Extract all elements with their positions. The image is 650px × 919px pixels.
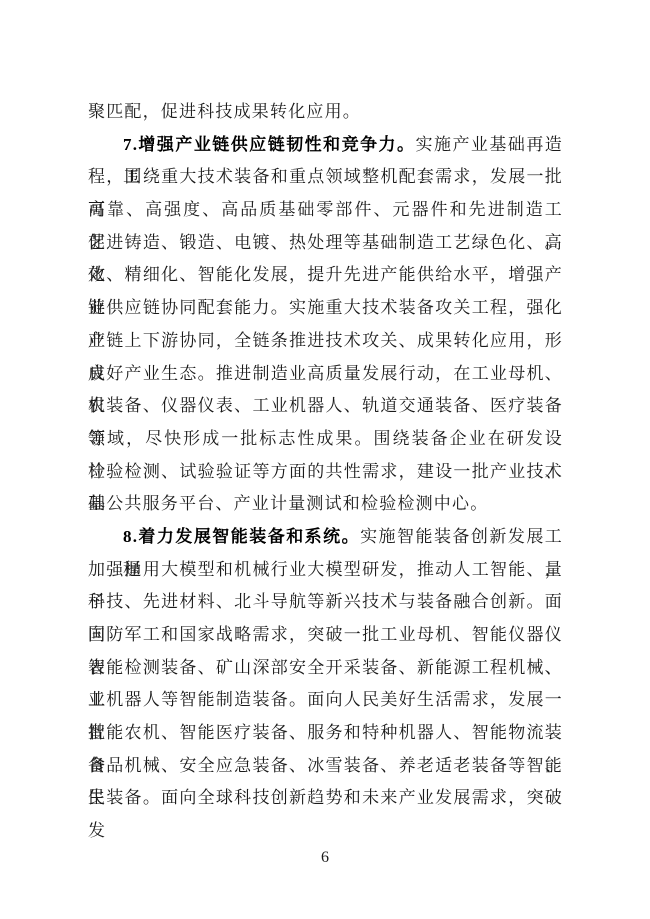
text-line: 业机器人等智能制造装备。面向人民美好生活需求，发展一批 (88, 684, 563, 717)
text-line: 可靠、高强度、高品质基础零部件、元器件和先进制造工艺。 (88, 194, 563, 227)
paragraph-heading-line: 7.增强产业链供应链韧性和竞争力。实施产业基础再造工 (88, 129, 563, 162)
text-line: 链供应链协同配套能力。实施重大技术装备攻关工程，强化产 (88, 292, 563, 325)
document-page: 聚匹配，促进科技成果转化应用。 7.增强产业链供应链韧性和竞争力。实施产业基础再… (0, 0, 650, 919)
text-line: 础公共服务平台、产业计量测试和检验检测中心。 (88, 488, 563, 521)
paragraph-heading-line: 8.着力发展智能装备和系统。实施智能装备创新发展工程， (88, 521, 563, 554)
text-line: 领域，尽快形成一批标志性成果。围绕装备企业在研发设计、 (88, 423, 563, 456)
text-line: 聚匹配，促进科技成果转化应用。 (88, 96, 563, 129)
text-line: 程，围绕重大技术装备和重点领域整机配套需求，发展一批高 (88, 161, 563, 194)
text-line: 智能农机、智能医疗装备、服务和特种机器人、智能物流装备、 (88, 717, 563, 750)
text-line: 食品机械、安全应急装备、冰雪装备、养老适老装备等智能民 (88, 750, 563, 783)
text-line: 业链上下游协同，全链条推进技术攻关、成果转化应用，形成 (88, 325, 563, 358)
text-line: 科技、先进材料、北斗导航等新兴技术与装备融合创新。面向 (88, 586, 563, 619)
page-number: 6 (0, 846, 650, 870)
section-heading-7: 7.增强产业链供应链韧性和竞争力。 (123, 135, 416, 154)
text-line: 良好产业生态。推进制造业高质量发展行动，在工业母机、农 (88, 358, 563, 391)
section-heading-8: 8.着力发展智能装备和系统。 (123, 527, 360, 546)
text-line: 智能检测装备、矿山深部安全开采装备、新能源工程机械、工 (88, 652, 563, 685)
text-line: 机装备、仪器仪表、工业机器人、轨道交通装备、医疗装备等 (88, 390, 563, 423)
text-line: 化、精细化、智能化发展，提升先进产能供给水平，增强产业 (88, 259, 563, 292)
text-line: 加强通用大模型和机械行业大模型研发，推动人工智能、量子 (88, 554, 563, 587)
text-line: 检验检测、试验验证等方面的共性需求，建设一批产业技术基 (88, 456, 563, 489)
text-line: 生装备。面向全球科技创新趋势和未来产业发展需求，突破发 (88, 782, 563, 815)
text-line: 促进铸造、锻造、电镀、热处理等基础制造工艺绿色化、高效 (88, 227, 563, 260)
text-line: 国防军工和国家战略需求，突破一批工业母机、智能仪器仪表、 (88, 619, 563, 652)
body-text: 聚匹配，促进科技成果转化应用。 7.增强产业链供应链韧性和竞争力。实施产业基础再… (88, 96, 563, 815)
